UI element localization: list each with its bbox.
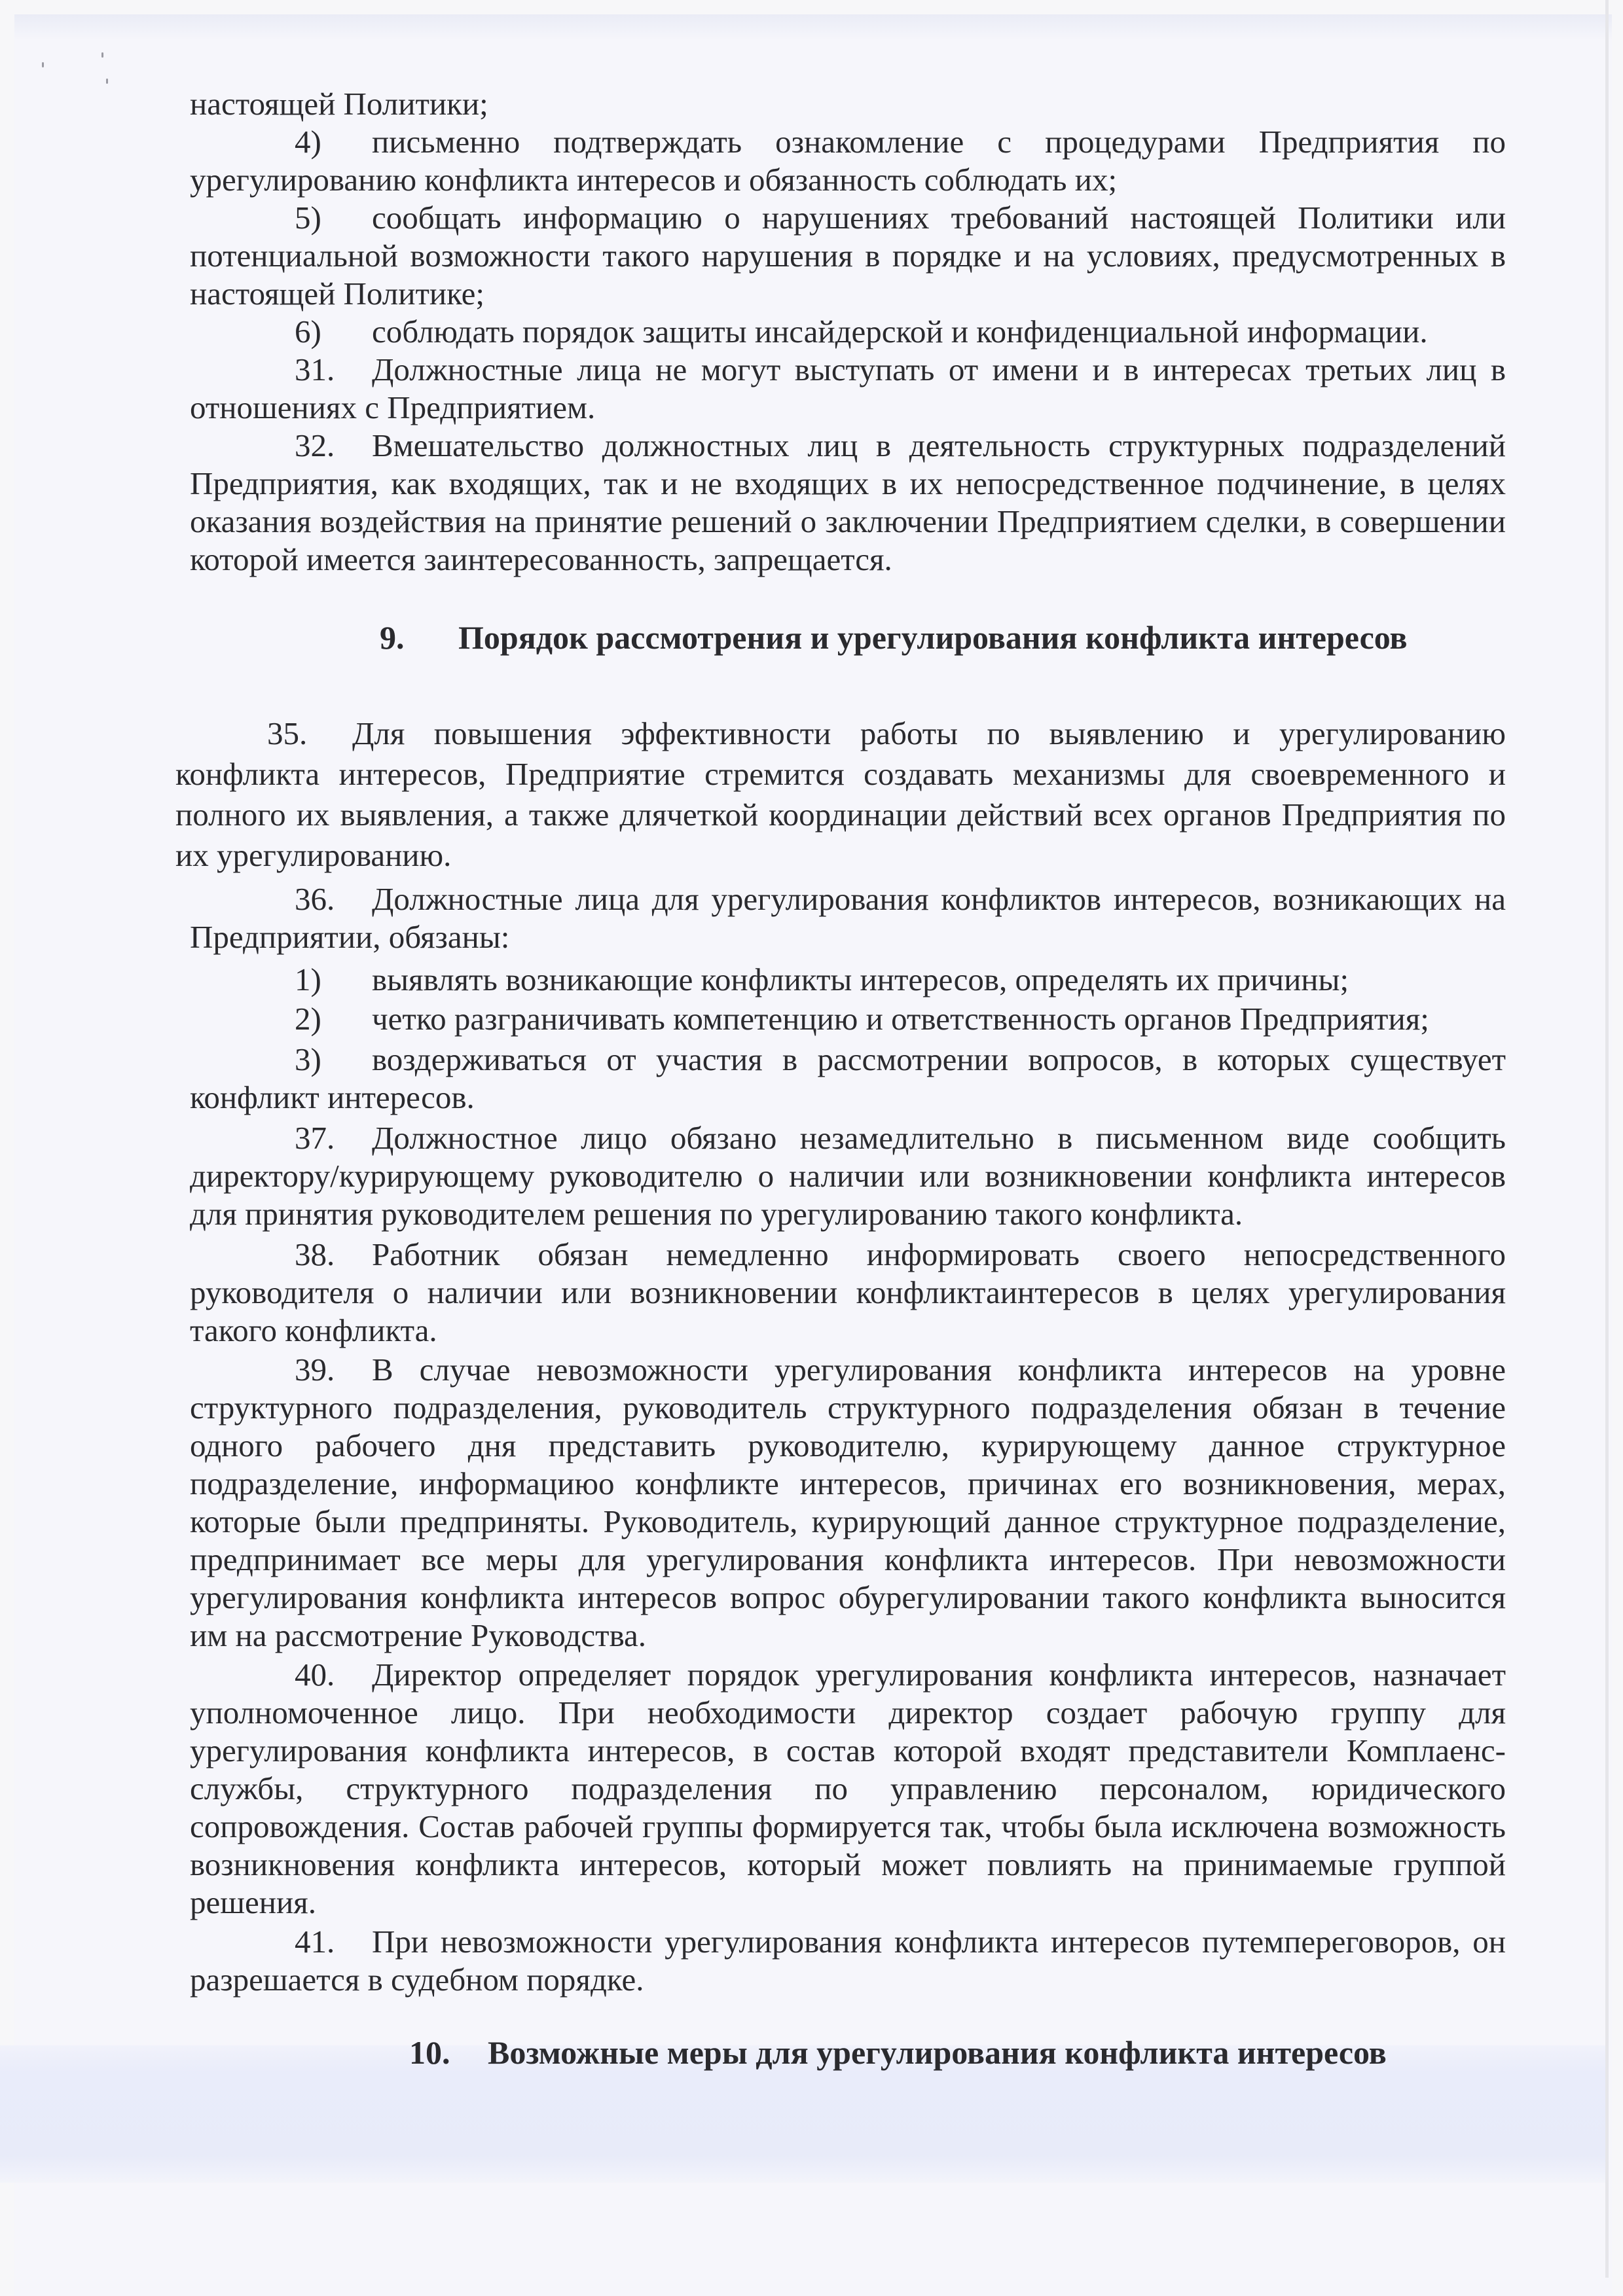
clause-36: 36.Должностные лица для урегулирования к… <box>190 880 1506 956</box>
clause-text: При невозможности урегулирования конфлик… <box>190 1924 1506 1998</box>
clause-text: В случае невозможности урегулирования ко… <box>190 1352 1506 1653</box>
list-item-text: письменно подтверждать ознакомление с пр… <box>190 124 1506 198</box>
clause-number: 37. <box>295 1119 372 1157</box>
section-heading-10: 10.Возможные меры для урегулирования кон… <box>409 2034 1387 2072</box>
section-number: 10. <box>409 2034 488 2072</box>
clause-text: Для повышения эффективности работы по вы… <box>175 715 1506 873</box>
clause-text: Должностные лица не могут выступать от и… <box>190 351 1506 425</box>
clause-35: 35.Для повышения эффективности работы по… <box>175 713 1506 876</box>
clause-number: 35. <box>267 713 352 754</box>
section-heading-9: 9.Порядок рассмотрения и урегулирования … <box>380 619 1408 656</box>
scan-speck <box>101 52 103 58</box>
list-item-text: четко разграничивать компетенцию и ответ… <box>372 1001 1429 1037</box>
clause-text: Директор определяет порядок урегулирован… <box>190 1657 1506 1920</box>
list-item-6: 6)соблюдать порядок защиты инсайдерской … <box>190 313 1506 351</box>
list-item-number: 2) <box>295 1000 372 1038</box>
clause-number: 39. <box>295 1351 372 1389</box>
clause-number: 31. <box>295 351 372 389</box>
list-item-text: воздерживаться от участия в рассмотрении… <box>190 1041 1506 1115</box>
list-item-text: соблюдать порядок защиты инсайдерской и … <box>372 314 1428 350</box>
scan-top-shading <box>14 14 1612 41</box>
clause-number: 40. <box>295 1656 372 1694</box>
clause-text: Должностное лицо обязано незамедлительно… <box>190 1120 1506 1232</box>
list-item-text: сообщать информацию о нарушениях требова… <box>190 200 1506 312</box>
clause-number: 38. <box>295 1236 372 1274</box>
scan-speck <box>106 79 108 84</box>
list-item-2: 2)четко разграничивать компетенцию и отв… <box>190 1000 1506 1038</box>
section-title: Возможные меры для урегулирования конфли… <box>488 2034 1387 2071</box>
clause-40: 40.Директор определяет порядок урегулиро… <box>190 1656 1506 1922</box>
section-number: 9. <box>380 619 458 656</box>
clause-38: 38.Работник обязан немедленно информиров… <box>190 1236 1506 1350</box>
list-item-number: 5) <box>295 199 372 237</box>
list-item-number: 4) <box>295 123 372 161</box>
list-item-3: 3)воздерживаться от участия в рассмотрен… <box>190 1041 1506 1117</box>
list-item-number: 1) <box>295 961 372 999</box>
clause-number: 41. <box>295 1923 372 1961</box>
clause-41: 41.При невозможности урегулирования конф… <box>190 1923 1506 1999</box>
clause-number: 32. <box>295 427 372 465</box>
clause-39: 39.В случае невозможности урегулирования… <box>190 1351 1506 1655</box>
clause-text: Работник обязан немедленно информировать… <box>190 1236 1506 1348</box>
list-item-1: 1)выявлять возникающие конфликты интерес… <box>190 961 1506 999</box>
list-item-4: 4)письменно подтверждать ознакомление с … <box>190 123 1506 199</box>
clause-text: Вмешательство должностных лиц в деятельн… <box>190 427 1506 577</box>
scan-speck <box>42 62 44 67</box>
list-item-5: 5)сообщать информацию о нарушениях требо… <box>190 199 1506 313</box>
clause-number: 36. <box>295 880 372 918</box>
clause-31: 31.Должностные лица не могут выступать о… <box>190 351 1506 427</box>
list-item-text: выявлять возникающие конфликты интересов… <box>372 961 1349 997</box>
clause-text: Должностные лица для урегулирования конф… <box>190 881 1506 955</box>
clause-37: 37.Должностное лицо обязано незамедлител… <box>190 1119 1506 1233</box>
continuation-line: настоящей Политики; <box>190 85 488 123</box>
page-edge-line <box>1605 0 1609 2278</box>
clause-32: 32.Вмешательство должностных лиц в деяте… <box>190 427 1506 579</box>
section-title: Порядок рассмотрения и урегулирования ко… <box>458 619 1408 656</box>
list-item-number: 3) <box>295 1041 372 1079</box>
list-item-number: 6) <box>295 313 372 351</box>
